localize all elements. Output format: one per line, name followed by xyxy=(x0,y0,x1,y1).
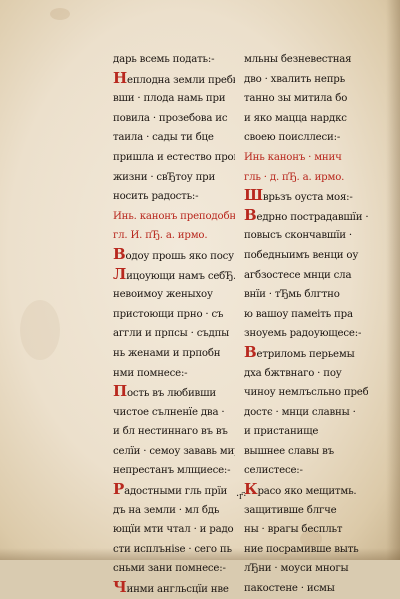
text-line: повила · прозебова ис xyxy=(113,109,235,129)
text-line: внїи · тЂмь блгтно xyxy=(244,285,368,305)
text-line: зноуемь радоующесе:- xyxy=(244,324,368,344)
initial-letter: В xyxy=(244,344,256,361)
text-line: победныимъ венци оу xyxy=(244,246,368,266)
text-line: агбзостесе мнци сла xyxy=(244,266,368,286)
text-line: Пость въ любивши xyxy=(113,383,235,403)
parchment-stain xyxy=(20,300,60,360)
parchment-stain xyxy=(50,8,70,20)
rubric-line: гль · д. пЂ. а. ирмо. xyxy=(244,168,368,188)
line-text: етриломь перьемы xyxy=(256,349,354,360)
left-text-column: дарь всемь подать:-Неплодна земли пребыв… xyxy=(113,50,235,560)
line-text: ицоующи намъ себЂ. xyxy=(126,271,235,282)
text-line: и пристанище xyxy=(244,422,368,442)
text-line: аггли и прпсы · съдпы xyxy=(113,324,235,344)
text-line: дво · хвалить непрь xyxy=(244,70,368,90)
initial-letter: Р xyxy=(113,481,124,498)
manuscript-page: дарь всемь подать:-Неплодна земли пребыв… xyxy=(0,0,400,560)
text-line: и яко мацца нардкс xyxy=(244,109,368,129)
text-line: таила · сады ти бце xyxy=(113,128,235,148)
text-line: достє · мнци славны · xyxy=(244,403,368,423)
text-line: селистесе:- xyxy=(244,461,368,481)
text-line: Водоу прошь яко посу: xyxy=(113,246,235,266)
initial-letter: П xyxy=(113,383,127,400)
text-line: нми помнесе:- xyxy=(113,364,235,384)
text-line: танно зы митила бо xyxy=(244,89,368,109)
text-line: Лицоующи намъ себЂ. xyxy=(113,266,235,286)
text-line: сти исплънise · сего пь xyxy=(113,540,235,560)
text-line: повысъ скончавшїи · xyxy=(244,226,368,246)
text-line: невоимоу женыхоу xyxy=(113,285,235,305)
text-line: мльны безневестная xyxy=(244,50,368,70)
right-text-column: мльны безневестнаядво · хвалить непрьтан… xyxy=(244,50,368,560)
text-line: носить радость:- xyxy=(113,187,235,207)
initial-letter: В xyxy=(113,246,125,263)
text-line: Шврьзъ оуста моя:- xyxy=(244,187,368,207)
text-line: защитивше блгче xyxy=(244,501,368,521)
text-line: Ветриломь перьемы xyxy=(244,344,368,364)
text-line: ны · врагы беспльт xyxy=(244,520,368,540)
initial-letter: Ш xyxy=(244,187,263,204)
text-line: жизни · свЂтоу при xyxy=(113,168,235,188)
line-text: расо яко мещитмь. xyxy=(257,486,356,497)
text-line: и бл нестиннаго въ въ xyxy=(113,422,235,442)
rubric-line: Инь. канонъ преподобн. xyxy=(113,207,235,227)
line-text: едрно пострадавшїи · и xyxy=(256,212,368,223)
text-line: Неплодна земли пребы xyxy=(113,70,235,90)
text-line: своею поисллеси:- xyxy=(244,128,368,148)
text-line: непрестанъ млщиесе:- xyxy=(113,461,235,481)
rubric-line: Инь канонъ · мнич xyxy=(244,148,368,168)
line-text: одоу прошь яко посу: xyxy=(125,251,235,262)
line-text: адостными гль прїи xyxy=(124,486,227,497)
line-text: еплодна земли пребы xyxy=(127,75,235,86)
text-line: чиноу немлъсльно пребы xyxy=(244,383,368,403)
text-line: вышнее славы въ xyxy=(244,442,368,462)
initial-letter: В xyxy=(244,207,256,224)
rubric-line: гл. И. пЂ. а. ирмо. xyxy=(113,226,235,246)
text-line: селїи · семоу зававь миръ xyxy=(113,442,235,462)
text-line: дха бжтвнаго · поу xyxy=(244,364,368,384)
initial-letter: Н xyxy=(113,70,127,87)
text-line: Красо яко мещитмь. xyxy=(244,481,368,501)
text-line: ю вашоу памеіть пра xyxy=(244,305,368,325)
page-edge-shadow xyxy=(386,0,400,560)
text-line: Радостными гль прїи xyxy=(113,481,235,501)
text-line: дарь всемь подать:- xyxy=(113,50,235,70)
folio-number: ·г҃· xyxy=(236,491,246,502)
text-line: нь женами и прпобн xyxy=(113,344,235,364)
text-line: ющїи мти чтал · и радо xyxy=(113,520,235,540)
line-text: ость въ любивши xyxy=(127,388,216,399)
initial-letter: Л xyxy=(113,266,126,283)
text-line: вши · плода намь при xyxy=(113,89,235,109)
text-line: ние посрамивше выть xyxy=(244,540,368,560)
text-line: пристоющи прно · съ xyxy=(113,305,235,325)
line-text: врьзъ оуста моя:- xyxy=(263,192,353,203)
text-line: дъ на земли · мл бдь xyxy=(113,501,235,521)
text-line: Ведрно пострадавшїи · и xyxy=(244,207,368,227)
text-line: пришла и естество пром xyxy=(113,148,235,168)
text-line: чистое сълненїе два · xyxy=(113,403,235,423)
